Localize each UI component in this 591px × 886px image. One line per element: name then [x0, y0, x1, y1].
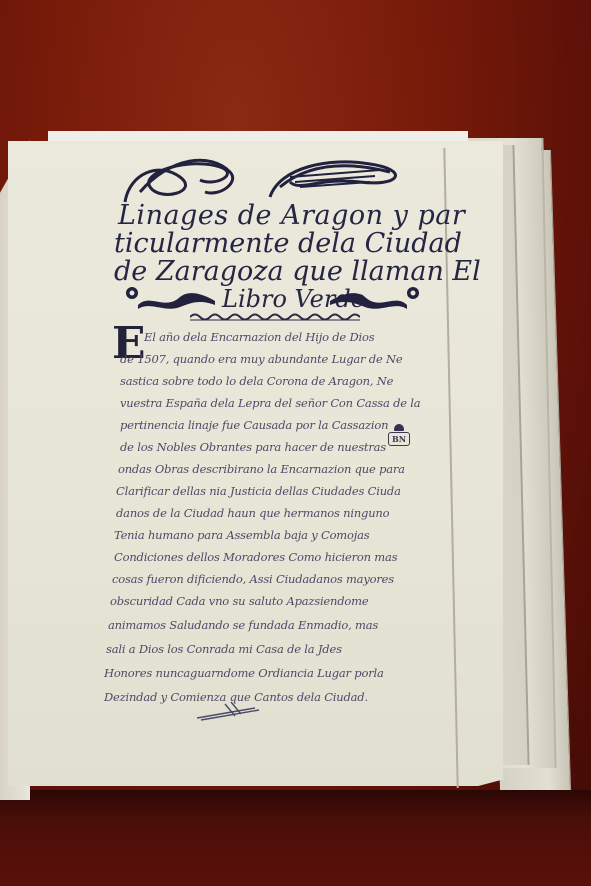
body-line: sastica sobre todo lo dela Corona de Ara… — [120, 374, 393, 388]
body-line: cosas fueron dificiendo, Assi Ciudadanos… — [112, 572, 394, 586]
body-line: sali a Dios los Conrada mi Casa de la Jd… — [106, 642, 342, 656]
body-line: Tenia humano para Assembla baja y Comoja… — [114, 528, 369, 542]
body-line: Condiciones dellos Moradores Como hicier… — [114, 550, 397, 564]
title-line-1: Linages de Aragon y par — [118, 200, 465, 231]
body-line: animamos Saludando se fundada Enmadio, m… — [108, 618, 378, 632]
body-line: obscuridad Cada vno su saluto Apazsiendo… — [110, 594, 368, 608]
body-line: danos de la Ciudad haun que hermanos nin… — [116, 506, 389, 520]
signature-flourish-icon — [195, 700, 265, 722]
body-line: Honores nuncaguarndome Ordiancia Lugar p… — [104, 666, 384, 680]
library-stamp: BN — [388, 424, 410, 452]
body-line: Clarificar dellas nia Justicia dellas Ci… — [116, 484, 401, 498]
body-line: de los Nobles Obrantes para hacer de nue… — [120, 440, 386, 454]
table-surface — [0, 790, 591, 886]
stamp-label: BN — [388, 432, 410, 446]
body-line: de 1507, quando era muy abundante Lugar … — [120, 352, 403, 366]
body-line: vuestra España dela Lepra del señor Con … — [120, 396, 420, 410]
body-line: pertinencia linaje fue Causada por la Ca… — [120, 418, 388, 432]
floral-ornament-icon — [120, 283, 220, 313]
body-line: ondas Obras describirano la Encarnazion … — [118, 462, 405, 476]
body-line: El año dela Encarnazion del Hijo de Dios — [144, 330, 374, 344]
crown-icon — [394, 424, 404, 431]
floral-ornament-icon — [325, 283, 425, 313]
title-line-2: ticularmente dela Ciudad — [114, 228, 462, 259]
decorative-rule-icon — [190, 312, 360, 322]
